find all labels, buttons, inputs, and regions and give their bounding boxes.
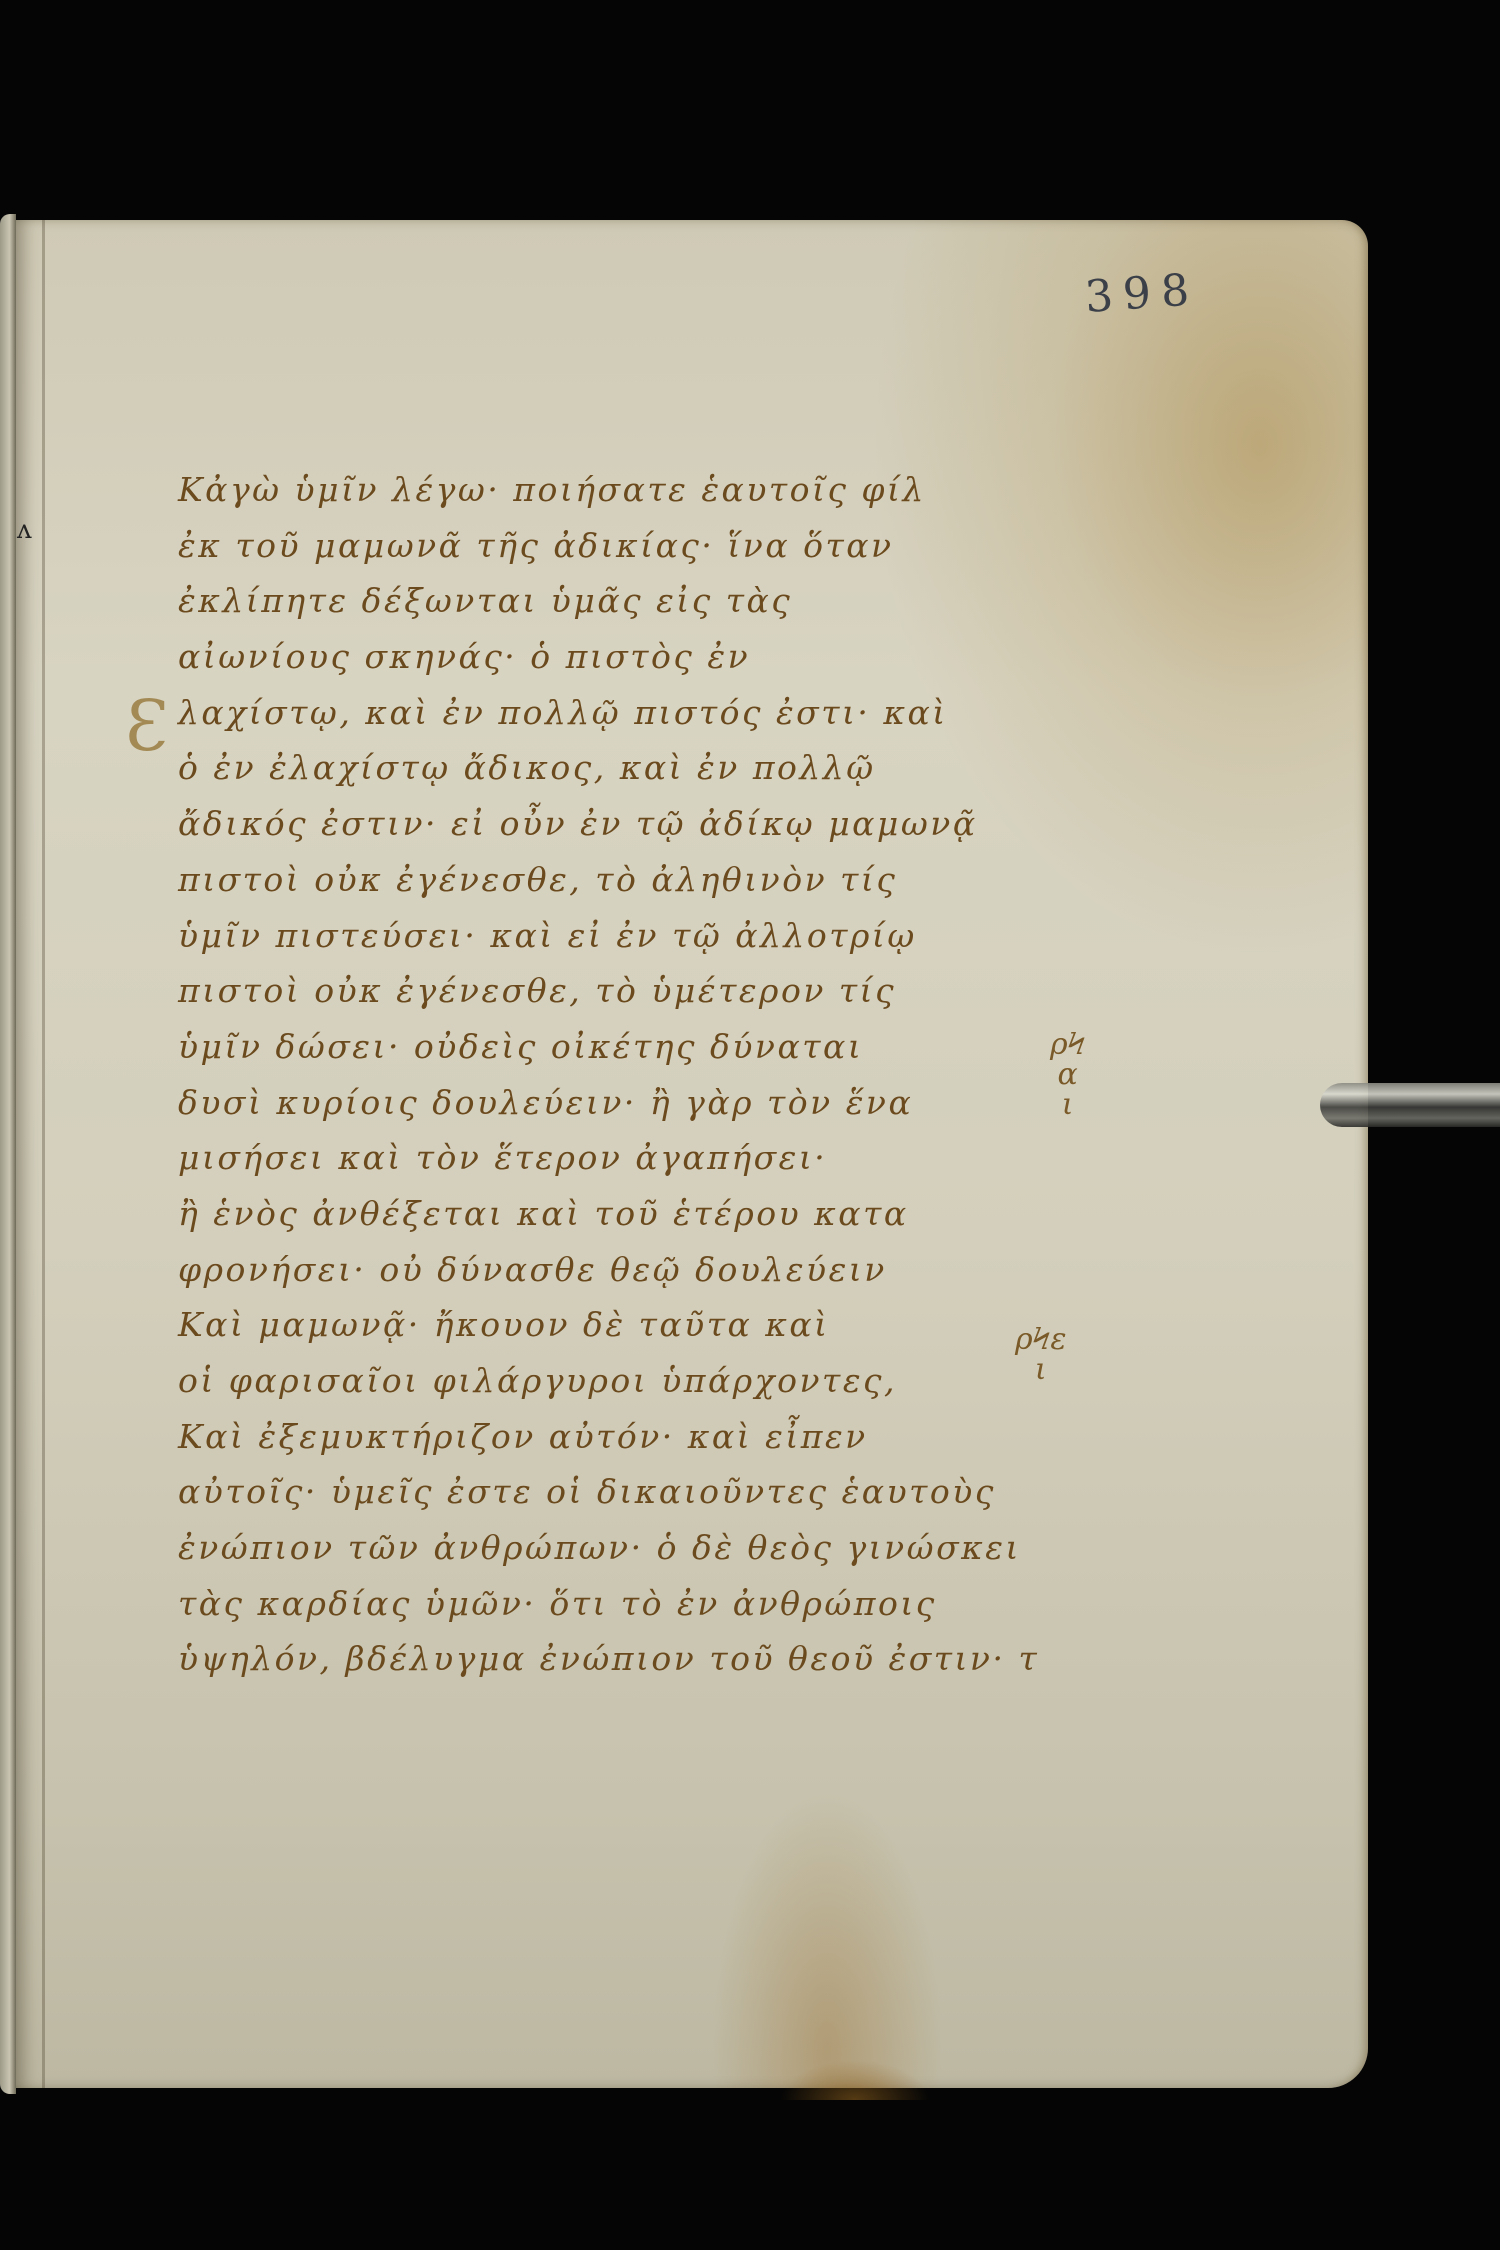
gutter-fold bbox=[42, 220, 45, 2088]
canon-marker: ι bbox=[1050, 1090, 1085, 1120]
margin-mark: ʌ bbox=[17, 515, 32, 545]
text-line: Καὶ μαμωνᾷ· ἤκουον δὲ ταῦτα καὶ bbox=[178, 1297, 998, 1353]
canon-number: α bbox=[1050, 1060, 1085, 1090]
folio-number: 398 bbox=[1083, 264, 1200, 323]
text-line: φρονήσει· οὐ δύνασθε θεῷ δουλεύειν bbox=[178, 1242, 998, 1298]
text-line: ἐνώπιον τῶν ἀνθρώπων· ὁ δὲ θεὸς γινώσκει bbox=[178, 1520, 998, 1576]
previous-page-edge bbox=[0, 214, 16, 2094]
text-line: ὑμῖν πιστεύσει· καὶ εἰ ἐν τῷ ἀλλοτρίῳ bbox=[178, 908, 998, 964]
water-stain bbox=[780, 2060, 930, 2100]
text-line: πιστοὶ οὐκ ἐγένεσθε, τὸ ὑμέτερον τίς bbox=[178, 963, 998, 1019]
margin-initial: Ɛ bbox=[125, 685, 169, 767]
section-number: ρϞε bbox=[1015, 1325, 1066, 1355]
text-line: Καὶ ἐξεμυκτήριζον αὐτόν· καὶ εἶπεν bbox=[178, 1409, 998, 1465]
text-line: δυσὶ κυρίοις δουλεύειν· ἢ γὰρ τὸν ἕνα bbox=[178, 1075, 998, 1131]
text-line: αὐτοῖς· ὑμεῖς ἐστε οἱ δικαιοῦντες ἑαυτοὺ… bbox=[178, 1464, 998, 1520]
text-line: μισήσει καὶ τὸν ἕτερον ἀγαπήσει· bbox=[178, 1130, 998, 1186]
manuscript-text: Κἀγὼ ὑμῖν λέγω· ποιήσατε ἑαυτοῖς φίλ ἐκ … bbox=[178, 462, 998, 1687]
text-line: πιστοὶ οὐκ ἐγένεσθε, τὸ ἀληθινὸν τίς bbox=[178, 852, 998, 908]
text-line: ὑψηλόν, βδέλυγμα ἐνώπιον τοῦ θεοῦ ἐστιν·… bbox=[178, 1631, 998, 1687]
text-line: αἰωνίους σκηνάς· ὁ πιστὸς ἐν bbox=[178, 629, 998, 685]
text-line: ὁ ἐν ἐλαχίστῳ ἄδικος, καὶ ἐν πολλῷ bbox=[178, 740, 998, 796]
text-line: τὰς καρδίας ὑμῶν· ὅτι τὸ ἐν ἀνθρώποις bbox=[178, 1576, 998, 1632]
margin-note-section: ρϞε ι bbox=[1015, 1325, 1066, 1385]
text-line: Κἀγὼ ὑμῖν λέγω· ποιήσατε ἑαυτοῖς φίλ bbox=[178, 462, 998, 518]
text-line: ὑμῖν δώσει· οὐδεὶς οἰκέτης δύναται bbox=[178, 1019, 998, 1075]
margin-note-section: ρϞ α ι bbox=[1050, 1030, 1085, 1120]
text-line: ἐκ τοῦ μαμωνᾶ τῆς ἀδικίας· ἵνα ὅταν bbox=[178, 518, 998, 574]
text-line: λαχίστῳ, καὶ ἐν πολλῷ πιστός ἐστι· καὶ bbox=[178, 685, 998, 741]
text-line: ἢ ἑνὸς ἀνθέξεται καὶ τοῦ ἑτέρου κατα bbox=[178, 1186, 998, 1242]
text-line: οἱ φαρισαῖοι φιλάργυροι ὑπάρχοντες, bbox=[178, 1353, 998, 1409]
text-line: ἐκλίπητε δέξωνται ὑμᾶς εἰς τὰς bbox=[178, 573, 998, 629]
glass-page-holder bbox=[1320, 1083, 1500, 1127]
text-line: ἄδικός ἐστιν· εἰ οὖν ἐν τῷ ἀδίκῳ μαμωνᾷ bbox=[178, 796, 998, 852]
section-number: ρϞ bbox=[1050, 1030, 1085, 1060]
canon-marker: ι bbox=[1015, 1355, 1066, 1385]
